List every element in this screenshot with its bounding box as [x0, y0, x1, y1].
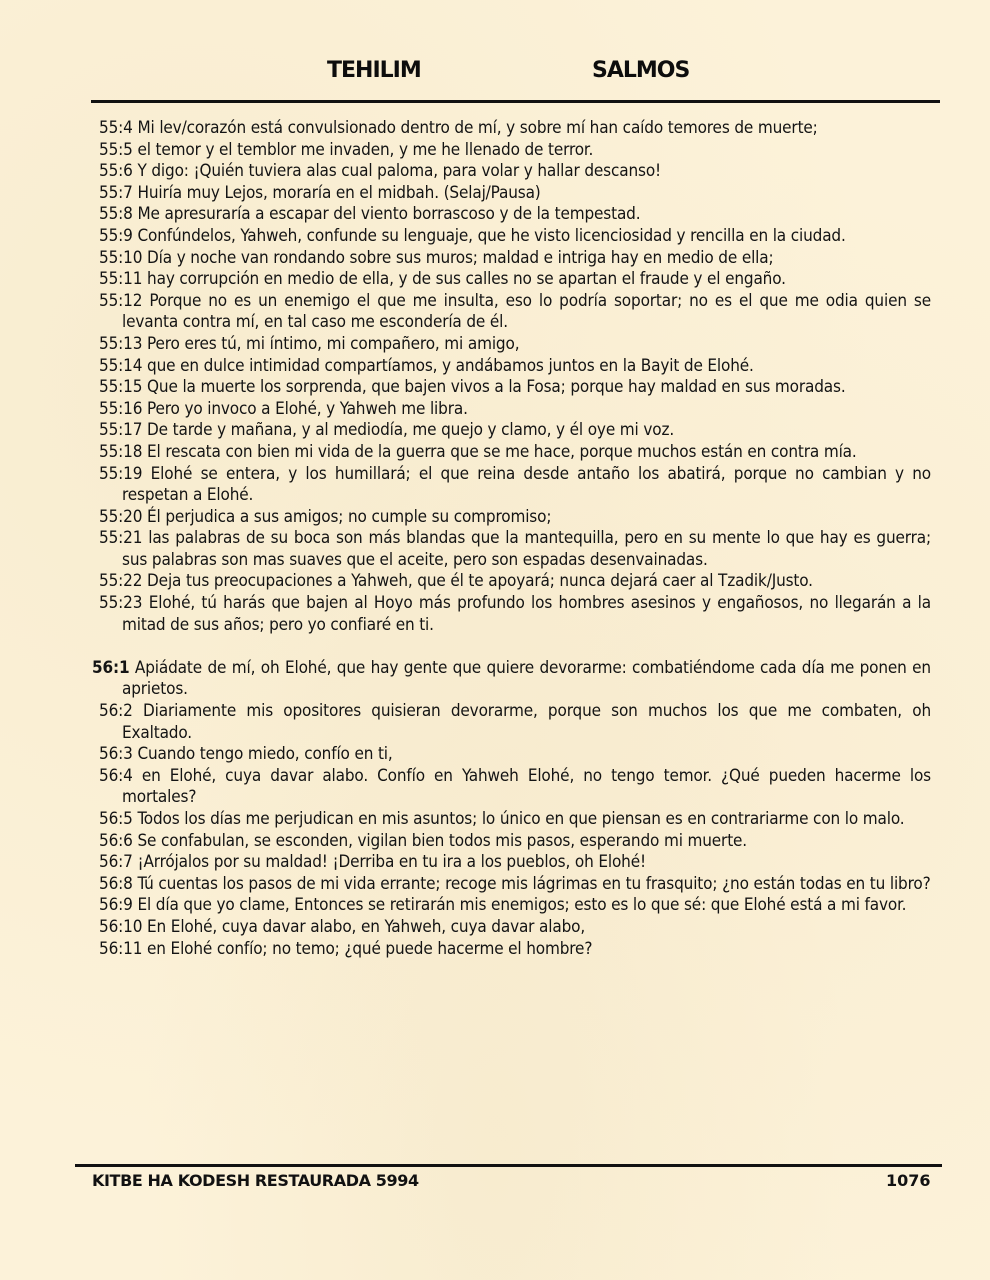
verse-text: hay corrupción en medio de ella, y de su…: [147, 269, 786, 289]
verse-number: 56:7: [99, 852, 133, 872]
verse: 56:4 en Elohé, cuya davar alabo. Confío …: [99, 766, 931, 809]
verse: 55:15 Que la muerte los sorprenda, que b…: [99, 377, 931, 399]
verse: 55:10 Día y noche van rondando sobre sus…: [99, 248, 931, 270]
verse-text: las palabras de su boca son más blandas …: [122, 528, 931, 570]
verse-number: 55:15: [99, 377, 142, 397]
page-footer: KITBE HA KODESH RESTAURADA 5994 1076: [0, 1171, 990, 1195]
verse-text: en Elohé, cuya davar alabo. Confío en Ya…: [122, 766, 931, 808]
scripture-text: 55:4 Mi lev/corazón está convulsionado d…: [99, 118, 931, 960]
verse-number: 55:22: [99, 571, 142, 591]
verse-text: Diariamente mis opositores quisieran dev…: [122, 701, 931, 743]
verse: 55:11 hay corrupción en medio de ella, y…: [99, 269, 931, 291]
page-number: 1076: [886, 1171, 931, 1190]
verse-text: Que la muerte los sorprenda, que bajen v…: [147, 377, 846, 397]
verse-text: Cuando tengo miedo, confío en ti,: [137, 744, 392, 764]
verse-number: 55:8: [99, 204, 133, 224]
verse: 55:12 Porque no es un enemigo el que me …: [99, 291, 931, 334]
header-title-hebrew: TEHILIM: [327, 58, 421, 83]
verse-text: El día que yo clame, Entonces se retirar…: [137, 895, 906, 915]
verse-number: 56:5: [99, 809, 133, 829]
verse-number: 55:10: [99, 248, 142, 268]
verse-text: Tú cuentas los pasos de mi vida errante;…: [137, 874, 930, 894]
verse-text: en Elohé confío; no temo; ¿qué puede hac…: [147, 939, 592, 959]
verse: 55:7 Huiría muy Lejos, moraría en el mid…: [99, 183, 931, 205]
verse-number: 55:5: [99, 140, 133, 160]
verse-text: De tarde y mañana, y al mediodía, me que…: [147, 420, 674, 440]
verse-text: Él perjudica a sus amigos; no cumple su …: [147, 507, 551, 527]
verse-text: Me apresuraría a escapar del viento borr…: [137, 204, 640, 224]
verse: 56:8 Tú cuentas los pasos de mi vida err…: [99, 874, 931, 896]
verse: 56:5 Todos los días me perjudican en mis…: [99, 809, 931, 831]
verse: 55:22 Deja tus preocupaciones a Yahweh, …: [99, 571, 931, 593]
verse-text: Elohé se entera, y los humillará; el que…: [122, 464, 931, 506]
verse-chapter-start: 56:1 Apiádate de mí, oh Elohé, que hay g…: [92, 658, 931, 701]
verse: 55:21 las palabras de su boca son más bl…: [99, 528, 931, 571]
header-divider: [91, 100, 940, 103]
verse-number: 56:6: [99, 831, 133, 851]
verse-number: 55:7: [99, 183, 133, 203]
verse-text: el temor y el temblor me invaden, y me h…: [137, 140, 593, 160]
verse-text: Confúndelos, Yahweh, confunde su lenguaj…: [137, 226, 845, 246]
verse-text: que en dulce intimidad compartíamos, y a…: [147, 356, 754, 376]
verse: 55:23 Elohé, tú harás que bajen al Hoyo …: [99, 593, 931, 636]
footer-book-title: KITBE HA KODESH RESTAURADA 5994: [92, 1171, 419, 1190]
verse-text: Y digo: ¡Quién tuviera alas cual paloma,…: [137, 161, 661, 181]
verse: 55:14 que en dulce intimidad compartíamo…: [99, 356, 931, 378]
verse-text: Porque no es un enemigo el que me insult…: [122, 291, 931, 333]
verse: 55:19 Elohé se entera, y los humillará; …: [99, 464, 931, 507]
verse-number: 56:4: [99, 766, 133, 786]
verse: 56:6 Se confabulan, se esconden, vigilan…: [99, 831, 931, 853]
verse: 56:10 En Elohé, cuya davar alabo, en Yah…: [99, 917, 931, 939]
verse-text: Mi lev/corazón está convulsionado dentro…: [137, 118, 817, 138]
chapter-56: 56:1 Apiádate de mí, oh Elohé, que hay g…: [99, 658, 931, 960]
verse-text: Huiría muy Lejos, moraría en el midbah. …: [137, 183, 540, 203]
verse: 55:20 Él perjudica a sus amigos; no cump…: [99, 507, 931, 529]
verse-number: 55:20: [99, 507, 142, 527]
verse-number: 55:19: [99, 464, 142, 484]
chapter-55: 55:4 Mi lev/corazón está convulsionado d…: [99, 118, 931, 636]
verse-text: ¡Arrójalos por su maldad! ¡Derriba en tu…: [137, 852, 646, 872]
verse: 55:6 Y digo: ¡Quién tuviera alas cual pa…: [99, 161, 931, 183]
verse: 56:11 en Elohé confío; no temo; ¿qué pue…: [99, 939, 931, 961]
verse-text: Se confabulan, se esconden, vigilan bien…: [137, 831, 747, 851]
verse-text: El rescata con bien mi vida de la guerra…: [147, 442, 857, 462]
verse: 56:9 El día que yo clame, Entonces se re…: [99, 895, 931, 917]
chapter-verse-number: 56:1: [92, 658, 129, 678]
verse: 56:3 Cuando tengo miedo, confío en ti,: [99, 744, 931, 766]
verse-number: 56:8: [99, 874, 133, 894]
verse: 55:8 Me apresuraría a escapar del viento…: [99, 204, 931, 226]
verse-text: Pero eres tú, mi íntimo, mi compañero, m…: [147, 334, 519, 354]
verse: 56:7 ¡Arrójalos por su maldad! ¡Derriba …: [99, 852, 931, 874]
verse-number: 55:6: [99, 161, 133, 181]
verse-text: Elohé, tú harás que bajen al Hoyo más pr…: [122, 593, 931, 635]
verse-text: Día y noche van rondando sobre sus muros…: [147, 248, 773, 268]
verse-text: Todos los días me perjudican en mis asun…: [137, 809, 904, 829]
verse: 55:5 el temor y el temblor me invaden, y…: [99, 140, 931, 162]
verse-text: Deja tus preocupaciones a Yahweh, que él…: [147, 571, 813, 591]
verse-number: 56:2: [99, 701, 133, 721]
verse-number: 55:14: [99, 356, 142, 376]
verse-number: 55:4: [99, 118, 133, 138]
verse: 55:17 De tarde y mañana, y al mediodía, …: [99, 420, 931, 442]
verse-number: 55:23: [99, 593, 142, 613]
verse: 55:4 Mi lev/corazón está convulsionado d…: [99, 118, 931, 140]
verse-text: Apiádate de mí, oh Elohé, que hay gente …: [122, 658, 931, 700]
verse-number: 56:10: [99, 917, 142, 937]
verse-number: 55:11: [99, 269, 142, 289]
verse-text: Pero yo invoco a Elohé, y Yahweh me libr…: [147, 399, 468, 419]
verse-number: 55:21: [99, 528, 142, 548]
verse: 55:13 Pero eres tú, mi íntimo, mi compañ…: [99, 334, 931, 356]
verse-number: 55:17: [99, 420, 142, 440]
verse-number: 56:3: [99, 744, 133, 764]
verse-number: 55:18: [99, 442, 142, 462]
verse-number: 55:12: [99, 291, 142, 311]
header-title-spanish: SALMOS: [592, 58, 689, 83]
verse-number: 55:13: [99, 334, 142, 354]
page-header: TEHILIM SALMOS: [0, 58, 990, 90]
footer-divider: [75, 1164, 942, 1167]
chapter-gap: [99, 636, 931, 658]
verse-number: 55:9: [99, 226, 133, 246]
verse: 56:2 Diariamente mis opositores quisiera…: [99, 701, 931, 744]
verse-number: 56:9: [99, 895, 133, 915]
verse-number: 56:11: [99, 939, 142, 959]
verse: 55:16 Pero yo invoco a Elohé, y Yahweh m…: [99, 399, 931, 421]
verse: 55:9 Confúndelos, Yahweh, confunde su le…: [99, 226, 931, 248]
verse-text: En Elohé, cuya davar alabo, en Yahweh, c…: [147, 917, 585, 937]
verse: 55:18 El rescata con bien mi vida de la …: [99, 442, 931, 464]
verse-number: 55:16: [99, 399, 142, 419]
